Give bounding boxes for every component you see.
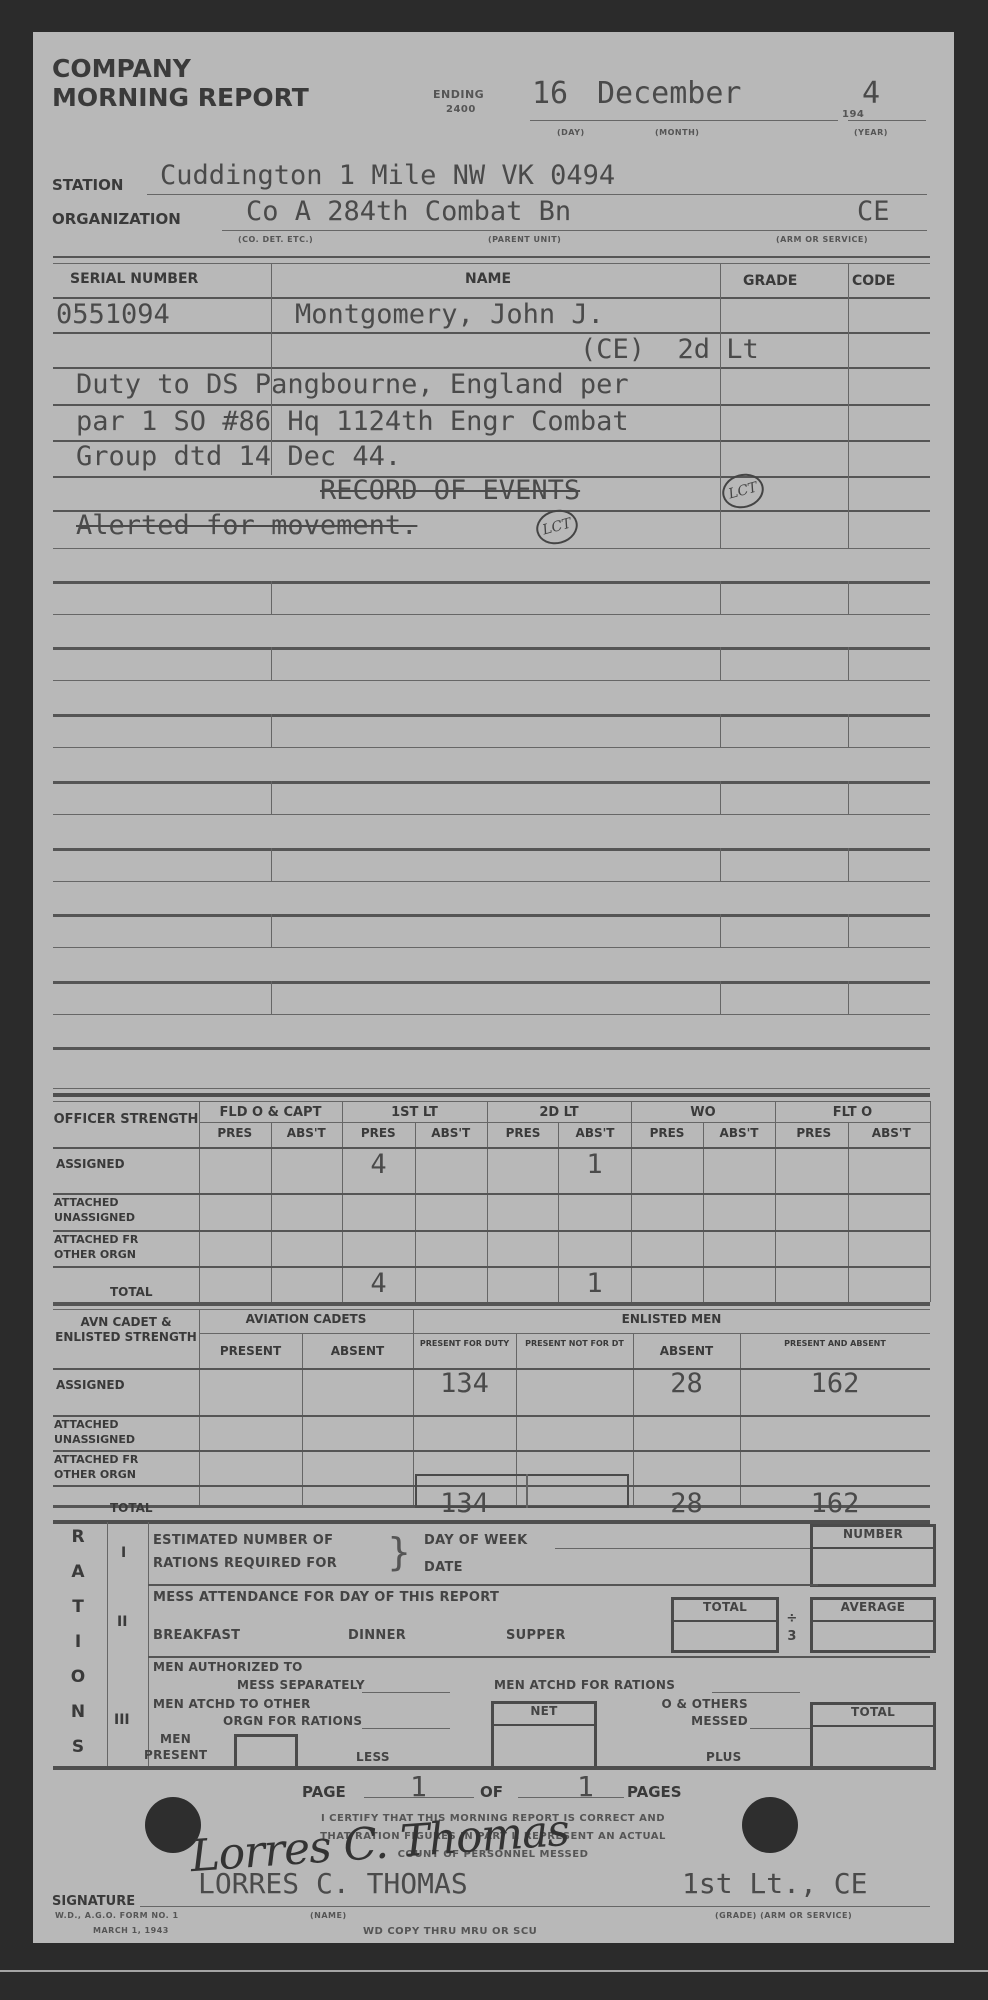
rule <box>53 1088 930 1089</box>
rule <box>53 848 930 851</box>
officer-group-header: FLT O <box>775 1105 930 1120</box>
grade-caption: (GRADE) (ARM OR SERVICE) <box>715 1911 852 1920</box>
men-atchd-other-label-2: ORGN FOR RATIONS <box>223 1714 362 1728</box>
abs-header: ABS'T <box>703 1126 775 1140</box>
column-divider <box>703 1122 704 1302</box>
men-present-label-2: PRESENT <box>144 1748 207 1762</box>
officer-group-header: 2D LT <box>487 1105 631 1120</box>
column-divider <box>848 714 849 747</box>
page-number: 1 <box>410 1770 427 1803</box>
column-divider <box>271 1122 272 1302</box>
column-divider <box>720 848 721 881</box>
column-divider <box>271 781 272 814</box>
pres-header: PRES <box>199 1126 271 1140</box>
men-authorized-label-1: MEN AUTHORIZED TO <box>153 1660 303 1674</box>
enlisted-subheader: ABSENT <box>302 1343 413 1359</box>
row-label: TOTAL <box>110 1501 153 1515</box>
page-line <box>364 1797 474 1798</box>
strength-cell: 162 <box>740 1368 930 1399</box>
rule <box>53 1047 930 1050</box>
strength-cell: 28 <box>633 1368 740 1399</box>
o-others-line <box>750 1728 810 1729</box>
men-atchd-rations-label: MEN ATCHD FOR RATIONS <box>494 1678 675 1692</box>
column-divider <box>848 981 849 1014</box>
column-divider <box>199 1309 200 1505</box>
row-label: ATTACHED FR OTHER ORGN <box>54 1232 138 1262</box>
rule <box>53 1309 930 1310</box>
enlisted-subheader: ABSENT <box>633 1343 740 1359</box>
section-rule <box>53 1520 930 1524</box>
station-label: STATION <box>52 176 123 194</box>
column-divider <box>526 1474 528 1508</box>
plus-label: PLUS <box>706 1750 742 1764</box>
section-rule <box>53 1766 930 1770</box>
mess-total-box[interactable]: TOTAL <box>671 1597 779 1653</box>
header-serial: SERIAL NUMBER <box>70 271 198 287</box>
men-present-label-1: MEN <box>160 1732 191 1746</box>
column-divider <box>848 1122 849 1302</box>
rule <box>53 1147 930 1149</box>
ending-label: ENDING <box>433 88 484 101</box>
orgn-rations-line <box>362 1728 450 1729</box>
row-label: ASSIGNED <box>56 1157 125 1171</box>
rule <box>53 1014 930 1015</box>
officer-group-header: 1ST LT <box>342 1105 487 1120</box>
rule <box>53 1230 930 1232</box>
remark-line-1: Duty to DS Pangbourne, England per <box>76 369 629 400</box>
signature-line <box>140 1906 930 1907</box>
column-divider <box>413 1309 414 1505</box>
net-box[interactable]: NET <box>491 1701 597 1766</box>
column-divider <box>720 581 721 614</box>
column-divider <box>775 1101 776 1302</box>
column-divider <box>720 647 721 680</box>
enlisted-subheader: PRESENT NOT FOR DT <box>516 1337 633 1351</box>
rule <box>199 1333 930 1334</box>
rule <box>53 256 930 258</box>
o-others-label-2: MESSED <box>628 1714 748 1728</box>
rule <box>53 614 930 615</box>
enlisted-subheader: PRESENT <box>199 1343 302 1359</box>
date-label: DATE <box>424 1560 463 1575</box>
form-number: W.D., A.G.O. FORM NO. 1 <box>55 1911 179 1920</box>
strength-cell: 28 <box>633 1488 740 1519</box>
page-label: PAGE <box>302 1783 346 1801</box>
strength-cell: 134 <box>413 1368 516 1399</box>
rule <box>53 947 930 948</box>
column-divider <box>271 848 272 881</box>
rule <box>53 747 930 748</box>
column-divider <box>720 781 721 814</box>
part-2-number: II <box>117 1614 127 1630</box>
abs-header: ABS'T <box>853 1126 931 1140</box>
column-divider <box>631 1101 632 1302</box>
day-of-week-label: DAY OF WEEK <box>424 1533 527 1548</box>
org-caption-arm: (ARM OR SERVICE) <box>776 235 868 244</box>
arm-grade: (CE) 2d Lt <box>580 334 759 365</box>
signer-name: LORRES C. THOMAS <box>198 1867 468 1900</box>
column-divider <box>271 914 272 947</box>
form-title: COMPANY MORNING REPORT <box>52 54 309 112</box>
number-box[interactable]: NUMBER <box>810 1524 936 1587</box>
rule <box>53 548 930 549</box>
soldier-name: Montgomery, John J. <box>295 299 604 330</box>
column-divider <box>415 1122 416 1302</box>
dinner-label: DINNER <box>348 1628 406 1643</box>
column-divider <box>720 714 721 747</box>
pres-header: PRES <box>631 1126 703 1140</box>
rule <box>53 581 930 584</box>
rule <box>53 647 930 650</box>
strength-cell: 1 <box>558 1149 631 1180</box>
rule <box>199 1122 930 1123</box>
rule <box>53 1193 930 1195</box>
mess-attendance-label: MESS ATTENDANCE FOR DAY OF THIS REPORT <box>153 1590 499 1605</box>
pages-label: PAGES <box>627 1783 682 1801</box>
abs-header: ABS'T <box>559 1126 631 1140</box>
men-authorized-label-2: MESS SEPARATELY <box>237 1678 365 1692</box>
column-divider <box>199 1101 200 1302</box>
column-divider <box>271 981 272 1014</box>
strength-cell: 4 <box>342 1149 415 1180</box>
copy-note: WD COPY THRU MRU OR SCU <box>363 1926 537 1937</box>
enlisted-subheader: PRESENT AND ABSENT <box>740 1337 930 1351</box>
org-caption-unit: (CO. DET. ETC.) <box>238 235 313 244</box>
name-caption: (NAME) <box>310 1911 347 1920</box>
rule <box>53 881 930 882</box>
form-title-line1: COMPANY <box>52 54 309 83</box>
total-pages: 1 <box>577 1770 594 1803</box>
rule <box>53 1303 930 1306</box>
rations-letter: O <box>68 1667 88 1687</box>
day-of-week-line <box>555 1548 817 1549</box>
total-box[interactable]: TOTAL <box>810 1702 936 1770</box>
organization-value: Co A 284th Combat Bn <box>246 196 571 227</box>
column-divider <box>848 581 849 614</box>
rule <box>53 981 930 984</box>
punch-hole-right <box>742 1797 798 1853</box>
row-label: ATTACHED FR OTHER ORGN <box>54 1452 138 1482</box>
column-divider <box>271 263 272 475</box>
rations-letter: I <box>68 1632 88 1652</box>
row-label: TOTAL <box>110 1285 153 1299</box>
average-box[interactable]: AVERAGE <box>810 1597 936 1653</box>
of-label: OF <box>480 1783 503 1801</box>
rations-letter: S <box>68 1737 88 1757</box>
enlisted-men-header: ENLISTED MEN <box>413 1312 930 1326</box>
organization-line <box>222 230 927 231</box>
enlisted-strength-title: AVN CADET & ENLISTED STRENGTH <box>53 1315 199 1345</box>
header-code: CODE <box>852 273 895 289</box>
pres-header: PRES <box>487 1126 559 1140</box>
row-label: ATTACHED UNASSIGNED <box>54 1195 135 1225</box>
column-divider <box>848 781 849 814</box>
strength-cell: 4 <box>342 1268 415 1299</box>
column-divider <box>720 981 721 1014</box>
year-line <box>848 120 926 121</box>
signature-label: SIGNATURE <box>52 1894 135 1909</box>
column-divider <box>271 581 272 614</box>
event-text: Alerted for movement. <box>76 510 417 541</box>
film-scratch <box>0 1970 988 1972</box>
header-grade: GRADE <box>743 273 797 289</box>
men-atchd-rations-line <box>712 1692 800 1693</box>
less-label: LESS <box>356 1750 390 1764</box>
part-3-number: III <box>114 1712 130 1728</box>
day-caption: (DAY) <box>557 128 585 137</box>
serial-number: 0551094 <box>56 299 170 330</box>
total-present-box <box>415 1474 629 1508</box>
remark-line-3: Group dtd 14 Dec 44. <box>76 441 401 472</box>
mess-separately-line <box>362 1692 450 1693</box>
breakfast-label: BREAKFAST <box>153 1628 240 1643</box>
pres-header: PRES <box>775 1126 853 1140</box>
signer-grade: 1st Lt., CE <box>682 1867 867 1900</box>
rations-letter: A <box>68 1562 88 1582</box>
rule <box>53 914 930 917</box>
pages-line <box>518 1797 624 1798</box>
rations-letter: T <box>68 1597 88 1617</box>
rations-required-label: RATIONS REQUIRED FOR <box>153 1556 337 1571</box>
number-box-label: NUMBER <box>813 1527 933 1549</box>
column-divider <box>633 1333 634 1505</box>
rule <box>148 1656 930 1658</box>
total-box-label: TOTAL <box>813 1705 933 1727</box>
rule <box>53 1450 930 1452</box>
station-line <box>147 194 927 195</box>
section-rule <box>53 1093 930 1097</box>
rule <box>53 263 930 264</box>
column-divider <box>107 1522 108 1767</box>
part-1-number: I <box>121 1545 126 1561</box>
year-caption: (YEAR) <box>854 128 888 137</box>
report-month: December <box>597 76 742 111</box>
remark-line-2: par 1 SO #86 Hq 1124th Engr Combat <box>76 406 629 437</box>
column-divider <box>271 714 272 747</box>
men-atchd-other-label-1: MEN ATCHD TO OTHER <box>153 1697 311 1711</box>
column-divider <box>720 263 721 548</box>
column-divider <box>930 1101 931 1302</box>
column-divider <box>848 848 849 881</box>
pres-header: PRES <box>342 1126 415 1140</box>
arm-service-value: CE <box>857 196 890 227</box>
estimated-number-label: ESTIMATED NUMBER OF <box>153 1533 333 1548</box>
column-divider <box>148 1522 149 1767</box>
supper-label: SUPPER <box>506 1628 566 1643</box>
rule <box>53 1101 930 1102</box>
column-divider <box>720 914 721 947</box>
form-date: MARCH 1, 1943 <box>93 1926 169 1935</box>
column-divider <box>848 647 849 680</box>
column-divider <box>848 263 849 548</box>
aviation-cadets-header: AVIATION CADETS <box>199 1312 413 1326</box>
strength-cell: 162 <box>740 1488 930 1519</box>
rations-letter: N <box>68 1702 88 1722</box>
column-divider <box>302 1333 303 1505</box>
row-label: ASSIGNED <box>56 1378 125 1392</box>
strength-cell: 1 <box>558 1268 631 1299</box>
column-divider <box>848 914 849 947</box>
report-year: 4 <box>862 76 880 111</box>
row-label: ATTACHED UNASSIGNED <box>54 1417 135 1447</box>
station-value: Cuddington 1 Mile NW VK 0494 <box>160 160 615 191</box>
rule <box>53 1266 930 1268</box>
organization-label: ORGANIZATION <box>52 210 181 228</box>
rule <box>53 781 930 784</box>
org-caption-parent: (PARENT UNIT) <box>488 235 561 244</box>
brace-icon: } <box>387 1530 411 1574</box>
rule <box>148 1584 818 1586</box>
rule <box>53 814 930 815</box>
form-title-line2: MORNING REPORT <box>52 83 309 112</box>
column-divider <box>487 1101 488 1302</box>
men-present-box[interactable] <box>234 1734 298 1767</box>
net-label: NET <box>494 1704 594 1726</box>
date-line <box>530 120 838 121</box>
abs-header: ABS'T <box>415 1126 488 1140</box>
o-others-label-1: O & OTHERS <box>628 1697 748 1711</box>
officer-strength-title: OFFICER STRENGTH <box>53 1112 199 1128</box>
rule <box>53 714 930 717</box>
record-of-events-heading: RECORD OF EVENTS <box>320 475 580 506</box>
column-divider <box>271 647 272 680</box>
column-divider <box>740 1333 741 1505</box>
officer-group-header: WO <box>631 1105 775 1120</box>
average-label: AVERAGE <box>813 1600 933 1622</box>
report-day: 16 <box>532 76 568 111</box>
abs-header: ABS'T <box>271 1126 343 1140</box>
rule <box>53 1415 930 1417</box>
divide-by-three: ÷ 3 <box>784 1610 800 1646</box>
mess-total-label: TOTAL <box>674 1600 776 1622</box>
officer-group-header: FLD O & CAPT <box>199 1105 342 1120</box>
month-caption: (MONTH) <box>655 128 699 137</box>
rule <box>53 332 930 334</box>
rations-letter: R <box>68 1527 88 1547</box>
header-name: NAME <box>465 271 511 287</box>
ending-time: 2400 <box>446 104 476 115</box>
rule <box>53 680 930 681</box>
enlisted-subheader: PRESENT FOR DUTY <box>413 1337 516 1351</box>
